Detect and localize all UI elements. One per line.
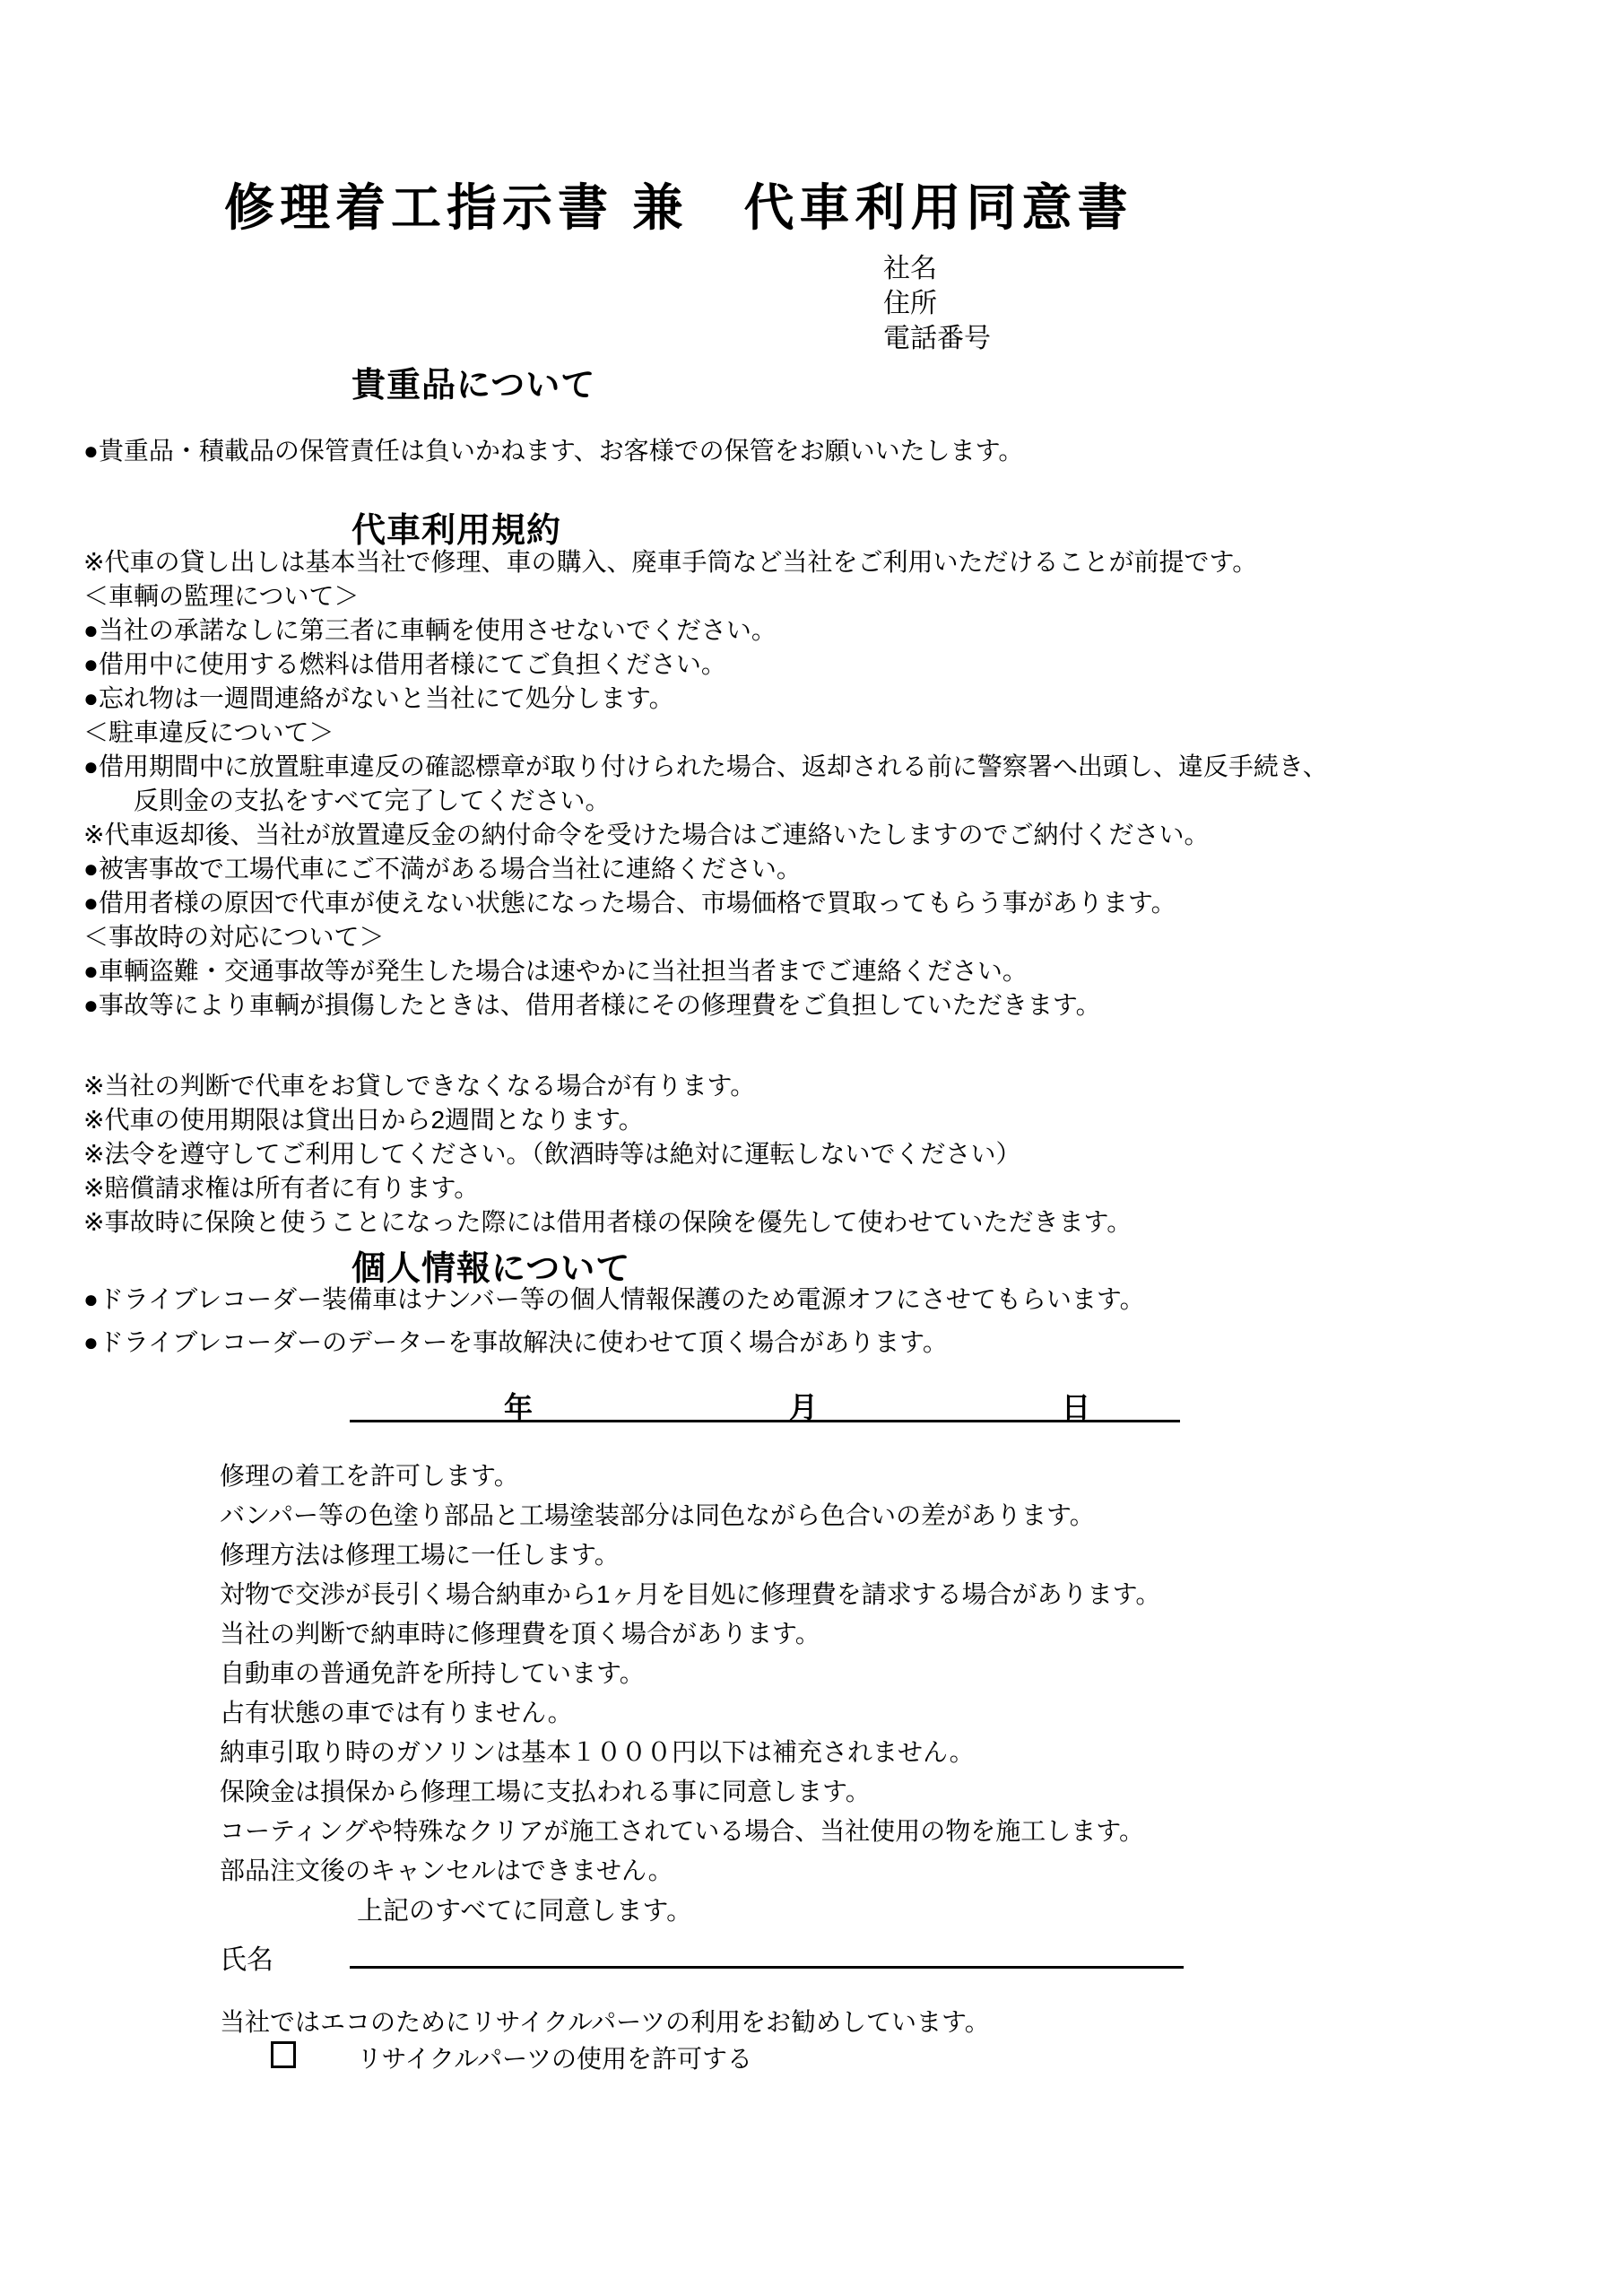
statement-line: 部品注文後のキャンセルはできません。: [220, 1851, 1160, 1891]
statement-line: コーティングや特殊なクリアが施工されている場合、当社使用の物を施工します。: [220, 1812, 1160, 1851]
document-page: 修理着工指示書 兼 代車利用同意書 社名 住所 電話番号 貴重品について ●貴重…: [0, 0, 1623, 2296]
company-name-label: 社名: [883, 251, 991, 286]
note-line: ※当社の判断で代車をお貸しできなくなる場合が有ります。: [83, 1069, 1132, 1103]
privacy-line: ●ドライブレコーダー装備車はナンバー等の個人情報保護のため電源オフにさせてもらい…: [83, 1283, 1145, 1326]
statement-line: 自動車の普通免許を所持しています。: [220, 1654, 1160, 1693]
statement-lines: 修理の着工を許可します。 バンパー等の色塗り部品と工場塗装部分は同色ながら色合い…: [220, 1457, 1160, 1891]
valuables-heading: 貴重品について: [352, 357, 595, 406]
company-address-label: 住所: [883, 286, 991, 321]
terms-line: 反則金の支払をすべて完了してください。: [83, 784, 1328, 818]
statement-line: 修理方法は修理工場に一任します。: [220, 1535, 1160, 1575]
recycle-parts-checkbox[interactable]: [271, 2041, 296, 2068]
privacy-lines: ●ドライブレコーダー装備車はナンバー等の個人情報保護のため電源オフにさせてもらい…: [83, 1283, 1145, 1369]
statement-line: 対物で交渉が長引く場合納車から1ヶ月を目処に修理費を請求する場合があります。: [220, 1575, 1160, 1614]
statement-line: 占有状態の車では有りません。: [220, 1693, 1160, 1733]
privacy-line: ●ドライブレコーダーのデーターを事故解決に使わせて頂く場合があります。: [83, 1326, 1145, 1369]
terms-lines: ※代車の貸し出しは基本当社で修理、車の購入、廃車手筒など当社をご利用いただけるこ…: [83, 545, 1328, 1022]
signature-fill-line[interactable]: [350, 1966, 1184, 1969]
company-phone-label: 電話番号: [883, 321, 991, 356]
terms-line: ●借用期間中に放置駐車違反の確認標章が取り付けられた場合、返却される前に警察署へ…: [83, 750, 1328, 784]
company-info-block: 社名 住所 電話番号: [883, 251, 991, 356]
terms-line: ●事故等により車輌が損傷したときは、借用者様にその修理費をご負担していただきます…: [83, 988, 1328, 1022]
statement-line: 修理の着工を許可します。: [220, 1457, 1160, 1496]
document-title: 修理着工指示書 兼 代車利用同意書: [224, 169, 1133, 240]
note-line: ※事故時に保険と使うことになった際には借用者様の保険を優先して使わせていただきま…: [83, 1205, 1132, 1239]
terms-line: ＜駐車違反について＞: [83, 716, 1328, 750]
terms-line: ＜事故時の対応について＞: [83, 920, 1328, 954]
recycle-checkbox-label[interactable]: リサイクルパーツの使用を許可する: [357, 2039, 752, 2075]
terms-line: ※代車の貸し出しは基本当社で修理、車の購入、廃車手筒など当社をご利用いただけるこ…: [83, 545, 1328, 579]
terms-line: ●忘れ物は一週間連絡がないと当社にて処分します。: [83, 682, 1328, 716]
statement-line: 納車引取り時のガソリンは基本１０００円以下は補充されません。: [220, 1733, 1160, 1772]
date-fill-line[interactable]: [350, 1420, 1180, 1422]
terms-line: ●借用中に使用する燃料は借用者様にてご負担ください。: [83, 648, 1328, 682]
statement-line: 当社の判断で納車時に修理費を頂く場合があります。: [220, 1614, 1160, 1654]
recycle-note: 当社ではエコのためにリサイクルパーツの利用をお勧めしています。: [220, 2003, 990, 2039]
terms-line: ●当社の承諾なしに第三者に車輌を使用させないでください。: [83, 613, 1328, 648]
notes-lines: ※当社の判断で代車をお貸しできなくなる場合が有ります。 ※代車の使用期限は貸出日…: [83, 1069, 1132, 1239]
note-line: ※代車の使用期限は貸出日から2週間となります。: [83, 1103, 1132, 1137]
statement-line: バンパー等の色塗り部品と工場塗装部分は同色ながら色合いの差があります。: [220, 1496, 1160, 1535]
terms-line: ※代車返却後、当社が放置違反金の納付命令を受けた場合はご連絡いたしますのでご納付…: [83, 818, 1328, 852]
terms-line: ●車輌盗難・交通事故等が発生した場合は速やかに当社担当者までご連絡ください。: [83, 954, 1328, 988]
statement-line: 保険金は損保から修理工場に支払われる事に同意します。: [220, 1772, 1160, 1812]
note-line: ※賠償請求権は所有者に有ります。: [83, 1171, 1132, 1205]
signature-name-label: 氏名: [220, 1937, 273, 1977]
terms-line: ＜車輌の監理について＞: [83, 579, 1328, 613]
terms-line: ●被害事故で工場代車にご不満がある場合当社に連絡ください。: [83, 852, 1328, 886]
agreement-statement: 上記のすべてに同意します。: [357, 1891, 692, 1927]
note-line: ※法令を遵守してご利用してください。（飲酒時等は絶対に運転しないでください）: [83, 1137, 1132, 1171]
terms-line: ●借用者様の原因で代車が使えない状態になった場合、市場価格で買取ってもらう事があ…: [83, 886, 1328, 920]
terms-heading: 代車利用規約: [352, 502, 561, 552]
valuables-note: ●貴重品・積載品の保管責任は負いかねます、お客様での保管をお願いいたします。: [83, 434, 1023, 468]
